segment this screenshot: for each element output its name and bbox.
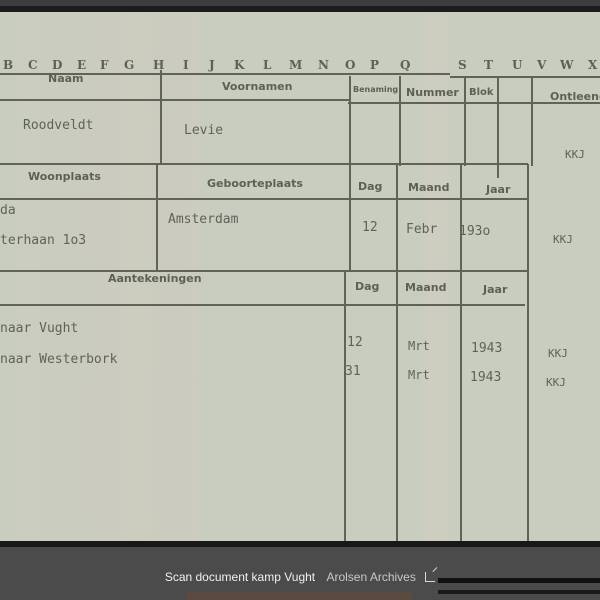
- tab-letter: E: [77, 58, 86, 72]
- rule: [399, 76, 401, 166]
- note-dag: 12: [347, 335, 363, 350]
- external-link-icon[interactable]: [425, 572, 435, 582]
- tab-letter: N: [318, 58, 329, 72]
- tab-letter: U: [512, 58, 522, 72]
- tab-letter: K: [234, 58, 244, 72]
- tab-letter: I: [183, 58, 189, 72]
- rule: [464, 76, 466, 166]
- tab-letter: T: [484, 58, 493, 72]
- header-aantekeningen: Aantekeningen: [108, 272, 202, 285]
- tab-letter: Q: [400, 58, 410, 72]
- rule: [0, 304, 525, 306]
- rule: [396, 164, 398, 542]
- rule: [0, 270, 528, 272]
- rule: [531, 76, 533, 166]
- note-ontleend: KKJ: [546, 376, 566, 389]
- tab-letter: X: [588, 58, 597, 72]
- note-jaar: 1943: [470, 370, 501, 385]
- note-jaar: 1943: [471, 341, 502, 356]
- next-image-thumbnail[interactable]: [186, 592, 412, 600]
- rule: [0, 163, 528, 165]
- tab-letter: J: [209, 58, 215, 72]
- rule: [349, 76, 351, 272]
- header-naam: Naam: [48, 72, 84, 85]
- tab-letter: H: [153, 58, 164, 72]
- caption-title: Scan document kamp Vught: [165, 570, 315, 584]
- tab-row-line: [450, 76, 600, 78]
- header-woonplaats: Woonplaats: [28, 170, 101, 183]
- header-nummer: Nummer: [406, 86, 459, 99]
- note-text: naar Vught: [0, 321, 78, 336]
- header-blok: Blok: [469, 87, 494, 98]
- value-woonplaats-2: terhaan 1o3: [0, 233, 86, 248]
- tab-letter: C: [28, 58, 38, 72]
- rule: [0, 99, 350, 101]
- value-ontleend-1: KKJ: [565, 148, 585, 161]
- value-woonplaats-1: da: [0, 203, 16, 218]
- document-scan[interactable]: B C D E F G H I J K L M N O P Q S T U V …: [0, 12, 600, 542]
- header-geboorteplaats: Geboorteplaats: [207, 177, 303, 190]
- rule: [156, 164, 158, 272]
- header-ontleend: Ontleend: [550, 90, 600, 103]
- value-naam: Roodveldt: [23, 118, 93, 133]
- tab-letter: V: [537, 58, 546, 72]
- tab-letter: L: [263, 58, 271, 72]
- tab-letter: F: [100, 58, 109, 72]
- value-birth-maand: Febr: [406, 222, 437, 237]
- value-birth-jaar: 193o: [459, 224, 490, 239]
- rule: [0, 198, 528, 200]
- rule: [460, 164, 462, 542]
- source-link[interactable]: Arolsen Archives: [326, 570, 415, 584]
- rule: [160, 70, 162, 165]
- tab-letter: G: [124, 58, 134, 72]
- tab-letter: M: [289, 58, 302, 72]
- image-caption: Scan document kamp Vught Arolsen Archive…: [0, 570, 600, 584]
- value-voornamen: Levie: [184, 123, 223, 138]
- tab-letter: O: [345, 58, 355, 72]
- tab-letter: W: [560, 58, 573, 72]
- header-benaming: Benaming: [353, 85, 398, 94]
- note-maand: Mrt: [408, 368, 430, 382]
- header-maand: Maand: [408, 181, 450, 194]
- filmstrip-edge: [438, 590, 600, 594]
- header-voornamen: Voornamen: [222, 80, 292, 93]
- value-geboorteplaats: Amsterdam: [168, 212, 238, 227]
- rule: [344, 272, 346, 542]
- header-dag: Dag: [358, 180, 382, 193]
- header-jaar-2: Jaar: [483, 283, 507, 296]
- note-maand: Mrt: [408, 339, 430, 353]
- tab-letter: S: [458, 58, 467, 72]
- value-ontleend-2: KKJ: [553, 233, 573, 246]
- rule: [497, 76, 499, 178]
- tab-letter: D: [52, 58, 62, 72]
- tab-letter: B: [3, 58, 13, 72]
- note-ontleend: KKJ: [548, 347, 568, 360]
- note-text: naar Westerbork: [0, 352, 117, 367]
- header-dag-2: Dag: [355, 280, 379, 293]
- header-maand-2: Maand: [405, 281, 447, 294]
- header-jaar: Jaar: [486, 183, 510, 196]
- tab-letter: P: [370, 58, 379, 72]
- note-dag: 31: [345, 364, 361, 379]
- value-birth-dag: 12: [362, 220, 378, 235]
- rule: [527, 164, 529, 542]
